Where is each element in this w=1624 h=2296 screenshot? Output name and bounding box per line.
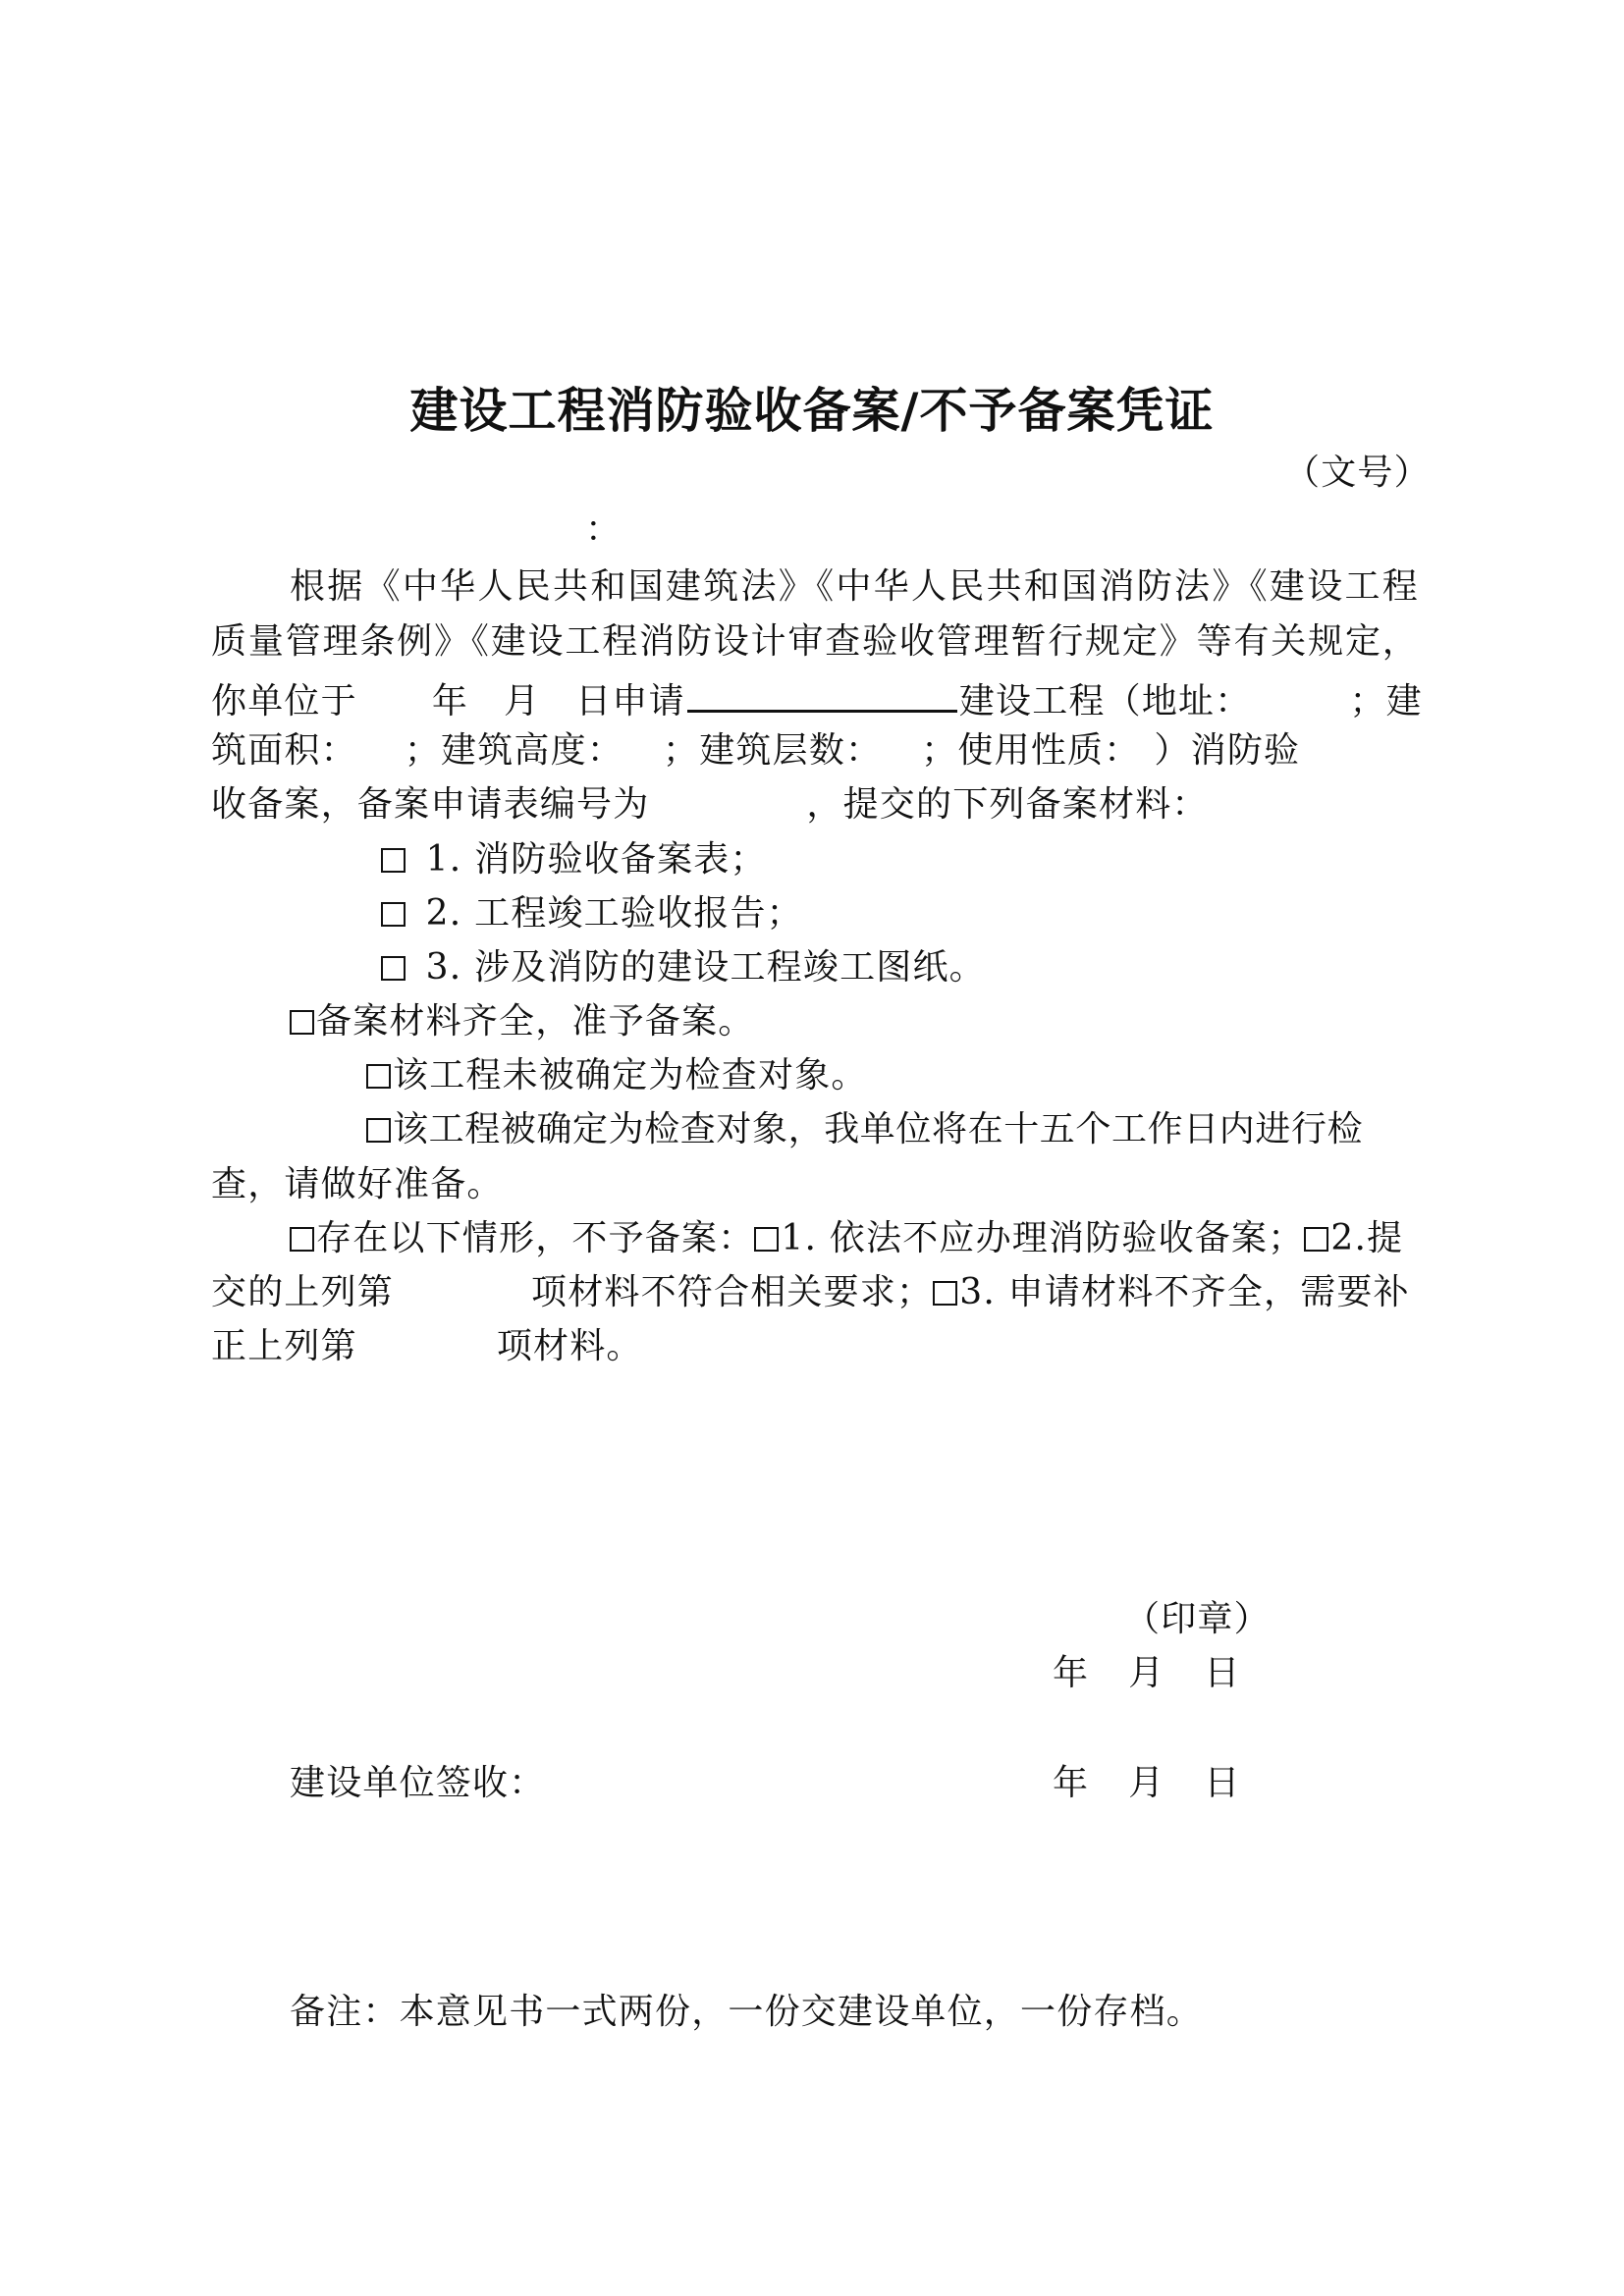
approve-label: 备案材料齐全，准予备案。 <box>316 1001 754 1041</box>
receipt-signature-label: 建设单位签收： <box>290 1764 545 1803</box>
material-2-checkbox[interactable] <box>381 902 406 927</box>
text-building-height: ；建筑高度： <box>405 730 623 771</box>
issue-date-year: 年 <box>1053 1653 1089 1693</box>
material-item-2: 2. 工程竣工验收报告； <box>381 894 803 934</box>
reject-reason-2-label-end: 项材料不符合相关要求； <box>531 1272 933 1312</box>
material-3-number: 3. <box>426 947 462 988</box>
text-you-unit: 你单位于 <box>211 681 357 721</box>
receipt-date-month: 月 <box>1128 1763 1164 1803</box>
reject-checkbox[interactable] <box>290 1227 314 1252</box>
reject-reason-2-label-start: 2.提 <box>1330 1218 1403 1258</box>
note: 备注：本意见书一式两份，一份交建设单位，一份存档。 <box>290 1993 1203 2032</box>
inspected-checkbox[interactable] <box>366 1118 391 1143</box>
reject-label: 存在以下情形，不予备案： <box>316 1218 754 1258</box>
text-year: 年 <box>432 681 468 721</box>
receipt-date-day: 日 <box>1204 1763 1240 1803</box>
reject-reason-2-label-mid: 交的上列第 <box>211 1272 394 1312</box>
material-1-checkbox[interactable] <box>381 848 406 873</box>
material-3-checkbox[interactable] <box>381 956 406 981</box>
material-1-number: 1. <box>426 839 462 880</box>
reject-reason-1-label: 1. 依法不应办理消防验收备案； <box>781 1218 1304 1258</box>
material-2-number: 2. <box>426 893 462 934</box>
reject-option-line2: 交的上列第项材料不符合相关要求；3. 申请材料不齐全，需要补 <box>211 1273 1410 1312</box>
reject-reason-3-label-mid: 正上列第 <box>211 1326 357 1366</box>
text-project-address: 建设工程（地址： <box>959 681 1252 721</box>
receipt-date-year: 年 <box>1053 1763 1089 1803</box>
doc-number-label: （文号） <box>1284 454 1431 493</box>
reject-reason-3-label-end: 项材料。 <box>497 1326 643 1366</box>
receipt-date[interactable]: 年月日 <box>1053 1764 1241 1803</box>
paragraph-line-3: 你单位于年月日申请建设工程（地址：；建 <box>211 676 1419 721</box>
reject-reason-1-checkbox[interactable] <box>754 1227 779 1252</box>
addressee-colon: ： <box>585 509 622 550</box>
approve-checkbox[interactable] <box>290 1010 314 1035</box>
approve-option: 备案材料齐全，准予备案。 <box>290 1002 754 1041</box>
not-inspected-label: 该工程未被确定为检查对象。 <box>393 1055 868 1095</box>
material-2-label: 工程竣工验收报告； <box>474 893 803 934</box>
material-3-label: 涉及消防的建设工程竣工图纸。 <box>474 947 986 988</box>
text-floor-area: 筑面积： <box>211 730 357 771</box>
text-submitted-materials: ，提交的下列备案材料： <box>806 784 1208 825</box>
sub-option-not-inspected: 该工程未被确定为检查对象。 <box>366 1056 868 1095</box>
inspected-label-line2: 查，请做好准备。 <box>211 1165 504 1204</box>
reject-reason-2-checkbox[interactable] <box>1304 1227 1328 1252</box>
sub-option-inspected: 该工程被确定为检查对象，我单位将在十五个工作日内进行检 <box>366 1110 1419 1149</box>
text-day-apply: 日申请 <box>575 681 685 721</box>
issue-date-month: 月 <box>1128 1653 1164 1693</box>
text-building-floors: ；建筑层数： <box>663 730 882 771</box>
reject-reason-3-checkbox[interactable] <box>933 1281 957 1306</box>
not-inspected-checkbox[interactable] <box>366 1064 391 1089</box>
reject-reason-3-label-start: 3. 申请材料不齐全，需要补 <box>959 1272 1410 1312</box>
paragraph-line-5: 收备案，备案申请表编号为，提交的下列备案材料： <box>211 785 1419 825</box>
issue-date[interactable]: 年月日 <box>1053 1654 1241 1693</box>
paragraph-line-2: 质量管理条例》《建设工程消防设计审查验收管理暂行规定》等有关规定， <box>211 622 1419 662</box>
text-semicolon-jian: ；建 <box>1349 681 1422 721</box>
paragraph-line-4: 筑面积：；建筑高度：；建筑层数：；使用性质：）消防验 <box>211 731 1419 771</box>
reject-option-line3: 正上列第项材料。 <box>211 1327 643 1366</box>
material-1-label: 消防验收备案表； <box>474 839 767 880</box>
paragraph-line-1: 根据《中华人民共和国建筑法》《中华人民共和国消防法》《建设工程 <box>290 567 1419 607</box>
text-fire-acceptance: ）消防验 <box>1154 730 1300 771</box>
addressee-line[interactable]: ： <box>585 510 622 550</box>
document-title: 建设工程消防验收备案/不予备案凭证 <box>0 373 1624 442</box>
material-item-1: 1. 消防验收备案表； <box>381 840 767 880</box>
text-usage: ；使用性质： <box>921 730 1140 771</box>
inspected-label-line1: 该工程被确定为检查对象，我单位将在十五个工作日内进行检 <box>393 1109 1363 1149</box>
text-form-number: 收备案，备案申请表编号为 <box>211 784 649 825</box>
seal-label: （印章） <box>1124 1600 1271 1639</box>
text-month: 月 <box>504 681 540 721</box>
reject-option-line1: 存在以下情形，不予备案：1. 依法不应办理消防验收备案；2.提 <box>290 1219 1403 1258</box>
project-name-blank[interactable] <box>687 676 957 713</box>
issue-date-day: 日 <box>1204 1653 1240 1693</box>
material-item-3: 3. 涉及消防的建设工程竣工图纸。 <box>381 948 986 988</box>
